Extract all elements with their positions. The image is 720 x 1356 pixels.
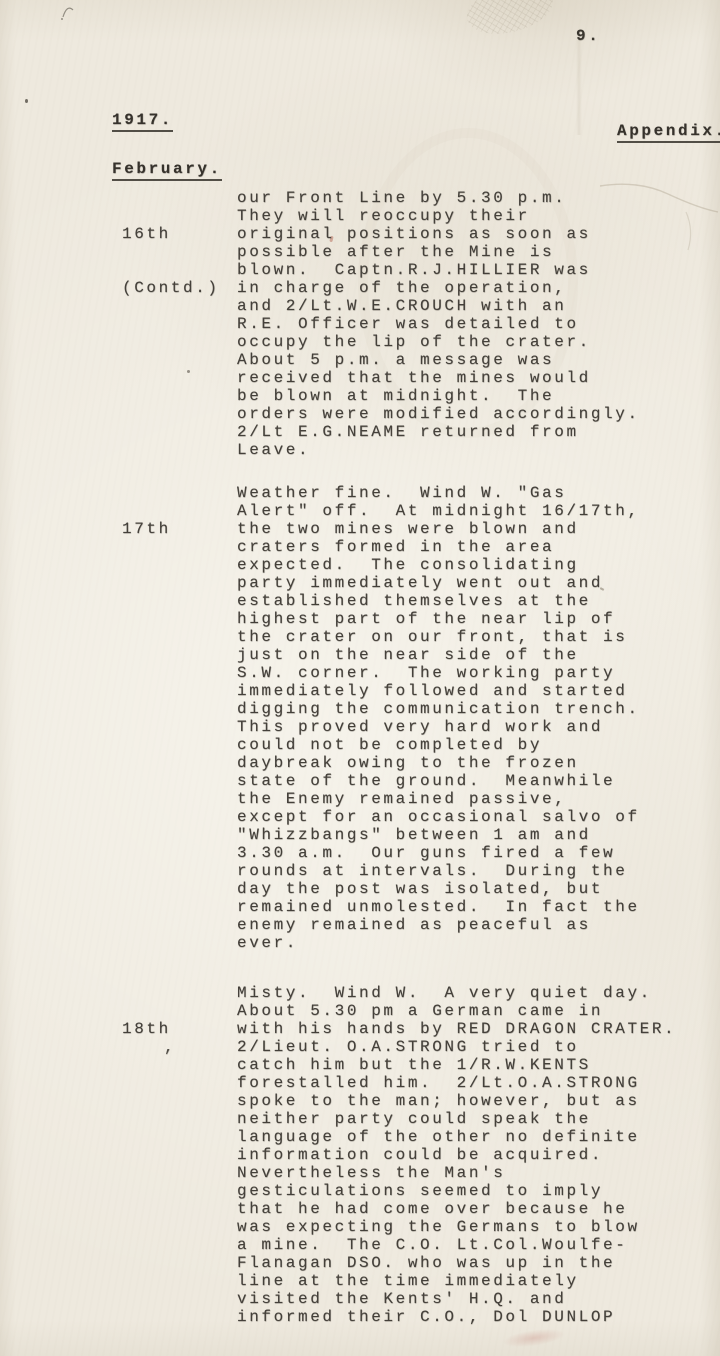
hatch-watermark	[462, 0, 559, 42]
entry-date: 16th	[122, 225, 237, 243]
appendix-heading: Appendix.	[617, 122, 720, 143]
entry-text: our Front Line by 5.30 p.m. They will re…	[237, 189, 702, 459]
entry-text: Misty. Wind W. A very quiet day. About 5…	[237, 984, 702, 1326]
diary-entry-16th: 16th (Contd.) our Front Line by 5.30 p.m…	[122, 189, 702, 459]
entry-text: Weather fine. Wind W. "Gas Alert" off. A…	[237, 484, 702, 952]
diary-page: , 9. 1917. Appendix. February. 16th (Con…	[0, 0, 720, 1356]
diary-entry-18th: 18th Misty. Wind W. A very quiet day. Ab…	[122, 984, 702, 1326]
ink-speck	[25, 99, 28, 103]
diary-entries: 16th (Contd.) our Front Line by 5.30 p.m…	[122, 189, 702, 1326]
entry-date: 18th	[122, 1020, 237, 1038]
entry-date-column: 17th	[122, 484, 237, 574]
entry-date-column: 18th	[122, 984, 237, 1074]
page-number: 9.	[576, 27, 600, 45]
month-heading: February.	[112, 160, 222, 181]
entry-date-note: (Contd.)	[122, 279, 237, 297]
diary-entry-17th: 17th Weather fine. Wind W. "Gas Alert" o…	[122, 484, 702, 952]
paper-crease	[576, 40, 582, 135]
year-heading: 1917.	[112, 111, 173, 132]
entry-date: 17th	[122, 520, 237, 538]
entry-date-column: 16th (Contd.)	[122, 189, 237, 333]
pink-smudge	[501, 1326, 567, 1351]
pencil-squiggle-top-left	[58, 2, 82, 22]
